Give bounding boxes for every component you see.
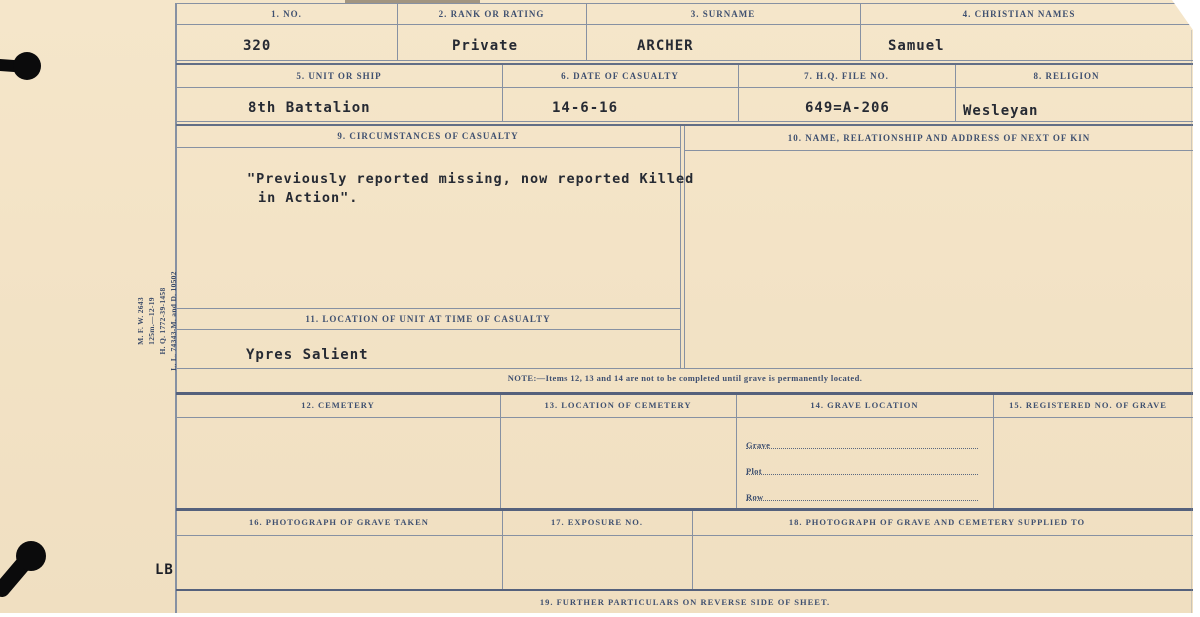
row-field-label: Row <box>746 492 765 502</box>
row-field-line: Row <box>746 489 978 501</box>
divider <box>176 308 680 309</box>
field-date-casualty-label: 6. DATE OF CASUALTY <box>502 69 738 83</box>
printer-imprint: M. F. W. 2643 125m.—12-19 H. Q. 1772-39-… <box>135 261 181 381</box>
imprint-line: H. Q. 1772-39-1458 <box>157 261 168 381</box>
divider <box>176 368 1194 369</box>
scanned-casualty-register-page: 1. NO. 2. RANK OR RATING 3. SURNAME 4. C… <box>0 0 1200 617</box>
field-hq-file-value: 649=A-206 <box>805 100 890 116</box>
divider <box>176 392 1194 395</box>
grave-location-label: 14. GRAVE LOCATION <box>736 398 993 412</box>
cemetery-location-label: 13. LOCATION OF CEMETERY <box>500 398 736 412</box>
grave-field-line: Grave <box>746 437 978 449</box>
plot-field-label: Plot <box>746 466 764 476</box>
field-religion-value: Wesleyan <box>963 103 1038 119</box>
divider <box>176 24 1194 25</box>
field-rank-value: Private <box>452 38 518 54</box>
cemetery-label: 12. CEMETERY <box>176 398 500 412</box>
grave-field-label: Grave <box>746 440 772 450</box>
divider <box>176 63 1194 65</box>
field-surname-value: ARCHER <box>637 38 694 54</box>
field-christian-names-value: Samuel <box>888 38 945 54</box>
field-hq-file-label: 7. H.Q. FILE NO. <box>738 69 955 83</box>
divider <box>176 124 1194 126</box>
divider <box>1191 30 1192 613</box>
field-date-casualty-value: 14-6-16 <box>552 100 618 116</box>
divider <box>176 121 1194 122</box>
lb-stamp: LB <box>155 562 174 578</box>
photo-supplied-label: 18. PHOTOGRAPH OF GRAVE AND CEMETERY SUP… <box>692 515 1182 529</box>
divider <box>684 150 1194 151</box>
field-unit-value: 8th Battalion <box>248 100 371 116</box>
next-of-kin-label: 10. NAME, RELATIONSHIP AND ADDRESS OF NE… <box>684 131 1194 145</box>
field-surname-label: 3. SURNAME <box>586 7 860 21</box>
divider <box>176 329 680 330</box>
plot-field-line: Plot <box>746 463 978 475</box>
field-no-label: 1. NO. <box>176 7 397 21</box>
unit-location-value: Ypres Salient <box>246 347 369 363</box>
note-text: NOTE:—Items 12, 13 and 14 are not to be … <box>176 373 1194 383</box>
imprint-line: L. L. 74343-M. and D. 10502 <box>168 261 179 381</box>
field-no-value: 320 <box>243 38 271 54</box>
divider <box>176 3 1194 4</box>
divider <box>684 126 685 368</box>
field-rank-label: 2. RANK OR RATING <box>397 7 586 21</box>
circumstances-label: 9. CIRCUMSTANCES OF CASUALTY <box>176 129 680 143</box>
photo-grave-taken-label: 16. PHOTOGRAPH OF GRAVE TAKEN <box>176 515 502 529</box>
field-christian-names-label: 4. CHRISTIAN NAMES <box>860 7 1178 21</box>
divider <box>176 87 1194 88</box>
divider <box>176 589 1194 591</box>
card-paper: 1. NO. 2. RANK OR RATING 3. SURNAME 4. C… <box>0 0 1196 613</box>
divider <box>176 508 1194 511</box>
divider <box>176 60 1194 61</box>
imprint-line: 125m.—12-19 <box>146 261 157 381</box>
divider <box>176 535 1194 536</box>
field-religion-label: 8. RELIGION <box>955 69 1178 83</box>
circumstances-text-line1: "Previously reported missing, now report… <box>247 171 694 187</box>
imprint-line: M. F. W. 2643 <box>135 261 146 381</box>
circumstances-text-line2: in Action". <box>258 190 358 206</box>
divider <box>176 417 1194 418</box>
unit-location-label: 11. LOCATION OF UNIT AT TIME OF CASUALTY <box>176 312 680 326</box>
exposure-no-label: 17. EXPOSURE NO. <box>502 515 692 529</box>
field-unit-label: 5. UNIT OR SHIP <box>176 69 502 83</box>
footer-text: 19. FURTHER PARTICULARS ON REVERSE SIDE … <box>176 597 1194 607</box>
divider <box>680 126 681 368</box>
registered-grave-label: 15. REGISTERED NO. OF GRAVE <box>993 398 1183 412</box>
divider <box>176 147 680 148</box>
